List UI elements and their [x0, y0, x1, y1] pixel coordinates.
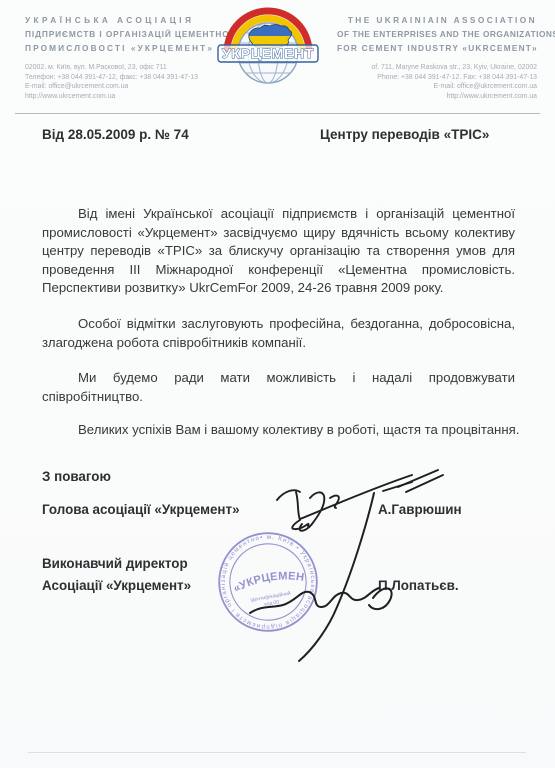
scan-artifact-line — [28, 752, 526, 753]
org-contacts-en: of. 711, Maryne Raskova str., 23, Kyiv, … — [337, 63, 537, 101]
org-website-ua: http://www.ukrcement.com.ua — [25, 92, 210, 102]
org-contacts-ua: 02002, м. Київ, вул. М.Раскової, 23, офі… — [25, 63, 210, 101]
org-email-en: E-mail: office@ukrcement.com.ua — [337, 82, 537, 92]
org-email-ua: E-mail: office@ukrcement.com.ua — [25, 82, 210, 92]
org-title-en-line3: FOR CEMENT INDUSTRY «UKRCEMENT» — [337, 41, 537, 55]
logo-wordmark: УКРЦЕМЕНТ — [222, 47, 314, 61]
org-phone-ua: Телефон: +38 044 391-47-12, факс: +38 04… — [25, 73, 210, 83]
letter-date-number: Від 28.05.2009 р. № 74 — [42, 127, 189, 142]
signatory-name-director: П.Лопатьєв. — [378, 575, 459, 597]
letterhead-left-block: УКРАЇНСЬКА АСОЦІАЦІЯ ПІДПРИЄМСТВ І ОРГАН… — [25, 13, 210, 101]
org-address-en: of. 711, Maryne Raskova str., 23, Kyiv, … — [337, 63, 537, 73]
signatory-name-chairman: А.Гаврюшин — [378, 502, 462, 517]
stamp-detail-line2: код 00 — [264, 599, 280, 608]
letterhead-right-block: THE UKRAINIAIN ASSOCIATION OF THE ENTERP… — [337, 13, 537, 101]
org-title-ua-line3: ПРОМИСЛОВОСТІ «УКРЦЕМЕНТ» — [25, 41, 210, 55]
org-title-en: THE UKRAINIAIN ASSOCIATION OF THE ENTERP… — [337, 13, 537, 55]
org-phone-en: Phone: +38 044 391-47-12. Fax: +38 044 3… — [337, 73, 537, 83]
ukrcement-logo: УКРЦЕМЕНТ — [212, 7, 324, 89]
signatory-row-chairman: Голова асоціації «Укрцемент» А.Гаврюшин — [42, 502, 515, 520]
paragraph-staff-praise: Особої відмітки заслуговують професійна,… — [42, 315, 515, 352]
org-address-ua: 02002, м. Київ, вул. М.Раскової, 23, офі… — [25, 63, 210, 73]
paragraph-cooperation: Ми будемо ради мати можливість і надалі … — [42, 369, 515, 406]
paragraph-wishes: Великих успіхів Вам і вашому колективу в… — [42, 421, 515, 440]
org-title-ua-line1: УКРАЇНСЬКА АСОЦІАЦІЯ — [25, 13, 210, 27]
org-website-en: http://www.ukrcement.com.ua — [337, 92, 537, 102]
paragraph-gratitude: Від імені Української асоціації підприєм… — [42, 205, 515, 298]
letter-addressee: Центру переводів «ТРІС» — [320, 127, 489, 142]
org-title-ua: УКРАЇНСЬКА АСОЦІАЦІЯ ПІДПРИЄМСТВ І ОРГАН… — [25, 13, 210, 55]
reference-row: Від 28.05.2009 р. № 74 Центру переводів … — [42, 127, 515, 145]
scanned-letter-page: УКРАЇНСЬКА АСОЦІАЦІЯ ПІДПРИЄМСТВ І ОРГАН… — [0, 0, 555, 768]
org-title-en-line1: THE UKRAINIAIN ASSOCIATION — [337, 13, 537, 27]
signatory-role-chairman: Голова асоціації «Укрцемент» — [42, 502, 240, 517]
official-round-stamp: • м. Київ • Українська асоціація підприє… — [207, 521, 329, 643]
org-title-en-line2: OF THE ENTERPRISES AND THE ORGANIZATIONS — [337, 27, 537, 41]
org-title-ua-line2: ПІДПРИЄМСТВ І ОРГАНІЗАЦІЙ ЦЕМЕНТНОЇ — [25, 27, 210, 41]
ukrcement-logo-icon: УКРЦЕМЕНТ — [212, 7, 324, 89]
closing-salutation: З повагою — [42, 469, 515, 484]
